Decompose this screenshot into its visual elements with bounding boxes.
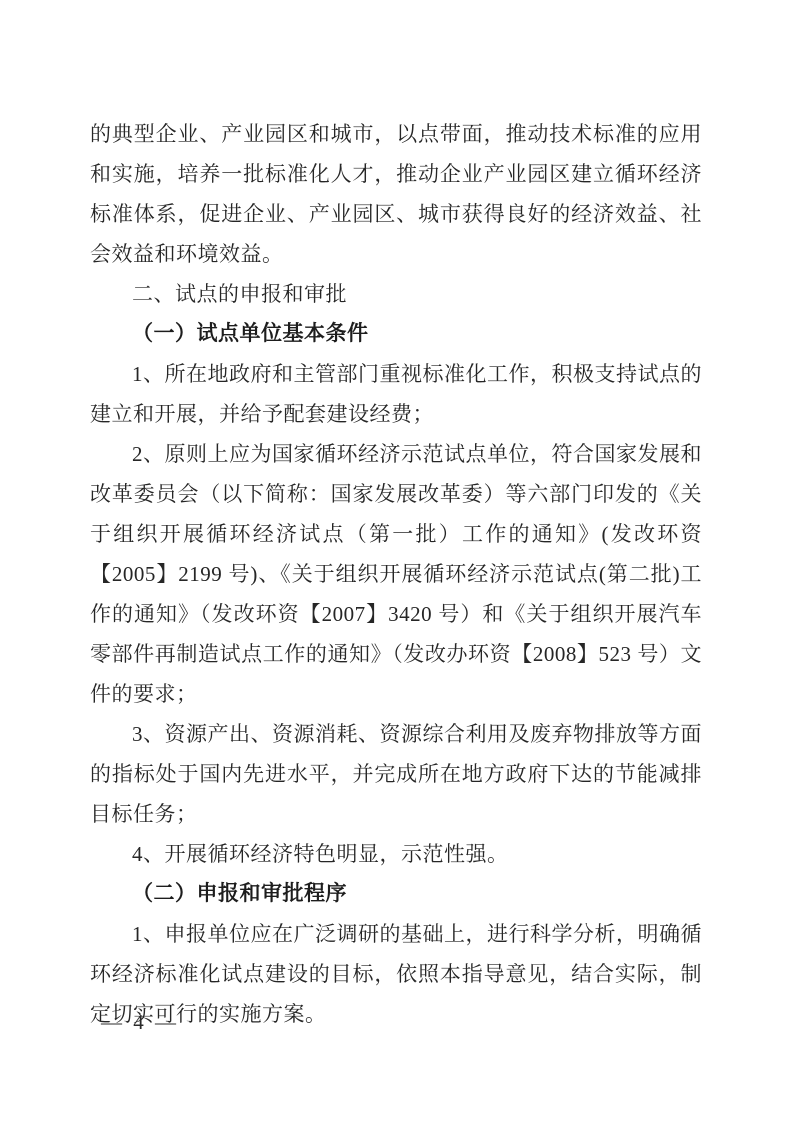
document-page: 的典型企业、产业园区和城市，以点带面，推动技术标准的应用和实施，培养一批标准化人… bbox=[0, 0, 794, 1123]
subsection-heading-2-1: （一）试点单位基本条件 bbox=[90, 314, 702, 354]
subsection-heading-2-2: （二）申报和审批程序 bbox=[90, 874, 702, 914]
numbered-item-4: 4、开展循环经济特色明显，示范性强。 bbox=[90, 834, 702, 874]
numbered-item-3: 3、资源产出、资源消耗、资源综合利用及废弃物排放等方面的指标处于国内先进水平，并… bbox=[90, 714, 702, 834]
paragraph-continuation: 的典型企业、产业园区和城市，以点带面，推动技术标准的应用和实施，培养一批标准化人… bbox=[90, 114, 702, 274]
numbered-item-1: 1、所在地政府和主管部门重视标准化工作，积极支持试点的建立和开展，并给予配套建设… bbox=[90, 354, 702, 434]
section-heading-2: 二、试点的申报和审批 bbox=[90, 274, 702, 314]
numbered-item-1-procedure: 1、申报单位应在广泛调研的基础上，进行科学分析，明确循环经济标准化试点建设的目标… bbox=[90, 914, 702, 1034]
numbered-item-2: 2、原则上应为国家循环经济示范试点单位，符合国家发展和改革委员会（以下简称：国家… bbox=[90, 434, 702, 714]
page-number: — 4 — bbox=[101, 1008, 179, 1036]
document-body: 的典型企业、产业园区和城市，以点带面，推动技术标准的应用和实施，培养一批标准化人… bbox=[90, 114, 702, 1034]
